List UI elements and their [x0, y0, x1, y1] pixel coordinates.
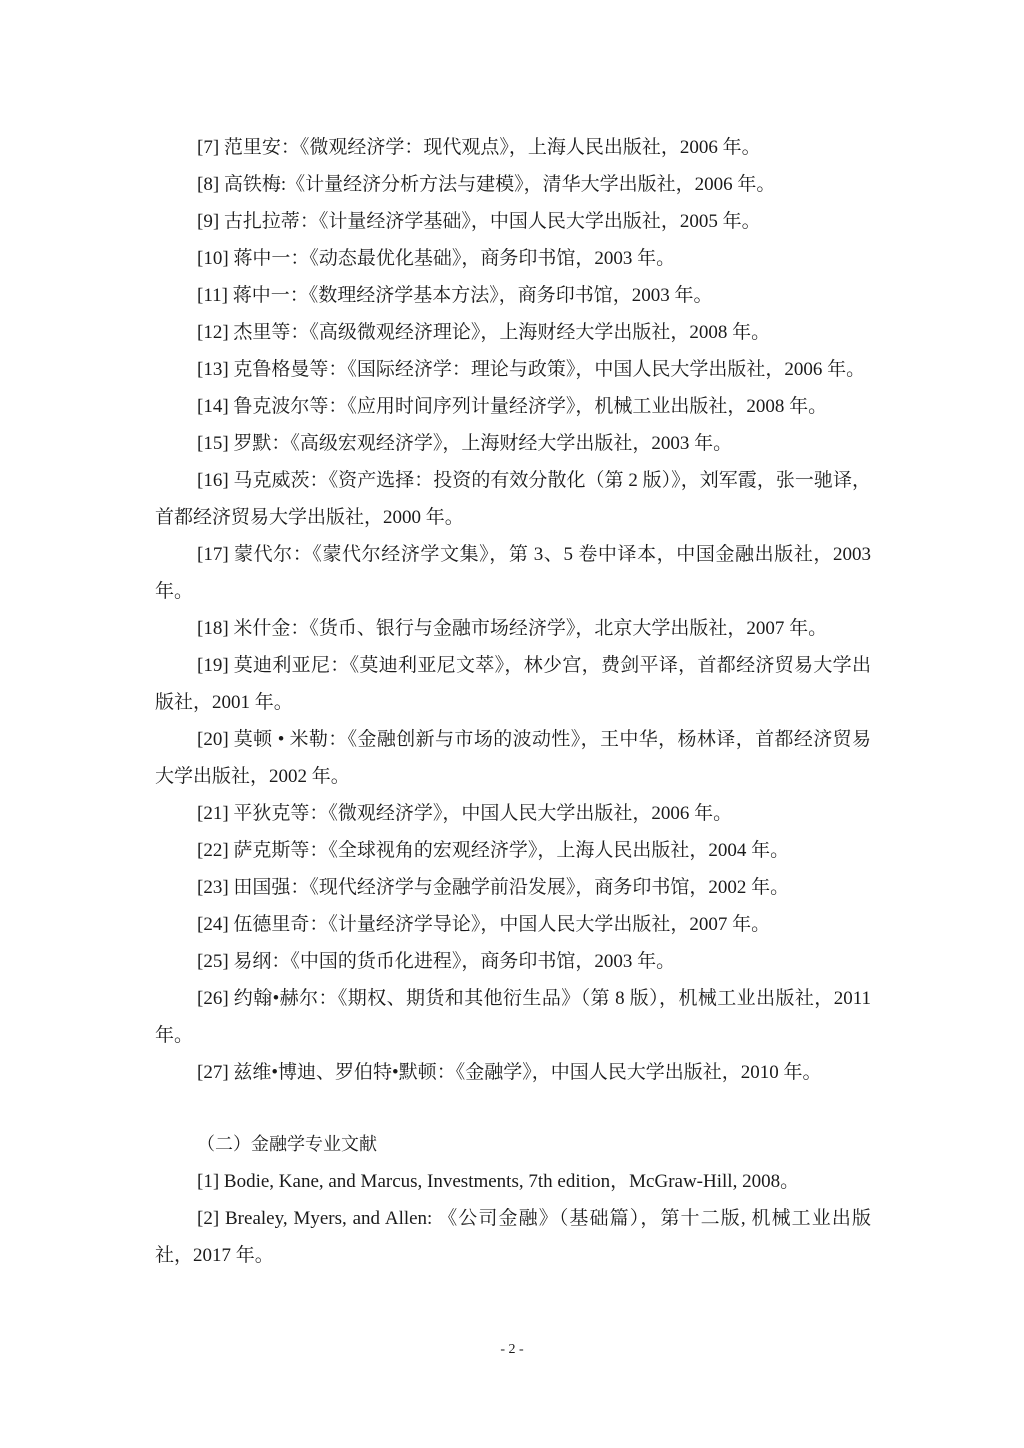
reference-entry: [25] 易纲：《中国的货币化进程》，商务印书馆，2003 年。	[155, 943, 871, 980]
reference-list-general: [7] 范里安：《微观经济学：现代观点》，上海人民出版社，2006 年。 [8]…	[155, 129, 871, 1091]
reference-entry: [23] 田国强：《现代经济学与金融学前沿发展》，商务印书馆，2002 年。	[155, 869, 871, 906]
reference-entry: [8] 高铁梅:《计量经济分析方法与建模》，清华大学出版社，2006 年。	[155, 166, 871, 203]
reference-entry: [16] 马克威茨：《资产选择：投资的有效分散化（第 2 版）》，刘军霞，张一驰…	[155, 462, 871, 536]
reference-entry: [9] 古扎拉蒂：《计量经济学基础》，中国人民大学出版社，2005 年。	[155, 203, 871, 240]
page-number: - 2 -	[0, 1342, 1024, 1358]
reference-entry: [1] Bodie, Kane, and Marcus, Investments…	[155, 1163, 871, 1200]
reference-entry: [21] 平狄克等：《微观经济学》，中国人民大学出版社，2006 年。	[155, 795, 871, 832]
reference-entry: [10] 蒋中一：《动态最优化基础》，商务印书馆，2003 年。	[155, 240, 871, 277]
reference-entry: [20] 莫顿 • 米勒：《金融创新与市场的波动性》，王中华，杨林译，首都经济贸…	[155, 721, 871, 795]
reference-entry: [7] 范里安：《微观经济学：现代观点》，上海人民出版社，2006 年。	[155, 129, 871, 166]
reference-entry: [11] 蒋中一：《数理经济学基本方法》，商务印书馆，2003 年。	[155, 277, 871, 314]
reference-list-finance: [1] Bodie, Kane, and Marcus, Investments…	[155, 1163, 871, 1274]
document-page: [7] 范里安：《微观经济学：现代观点》，上海人民出版社，2006 年。 [8]…	[155, 129, 871, 1274]
reference-entry: [12] 杰里等：《高级微观经济理论》，上海财经大学出版社，2008 年。	[155, 314, 871, 351]
reference-entry: [19] 莫迪利亚尼：《莫迪利亚尼文萃》，林少宫，费剑平译，首都经济贸易大学出版…	[155, 647, 871, 721]
section-heading: （二）金融学专业文献	[155, 1126, 871, 1163]
reference-entry: [24] 伍德里奇：《计量经济学导论》，中国人民大学出版社，2007 年。	[155, 906, 871, 943]
reference-entry: [18] 米什金：《货币、银行与金融市场经济学》，北京大学出版社，2007 年。	[155, 610, 871, 647]
reference-entry: [17] 蒙代尔：《蒙代尔经济学文集》，第 3、5 卷中译本，中国金融出版社，2…	[155, 536, 871, 610]
reference-entry: [13] 克鲁格曼等：《国际经济学：理论与政策》，中国人民大学出版社，2006 …	[155, 351, 871, 388]
reference-entry: [22] 萨克斯等：《全球视角的宏观经济学》，上海人民出版社，2004 年。	[155, 832, 871, 869]
reference-entry: [14] 鲁克波尔等：《应用时间序列计量经济学》，机械工业出版社，2008 年。	[155, 388, 871, 425]
reference-entry: [26] 约翰•赫尔：《期权、期货和其他衍生品》（第 8 版），机械工业出版社，…	[155, 980, 871, 1054]
reference-entry: [15] 罗默：《高级宏观经济学》，上海财经大学出版社，2003 年。	[155, 425, 871, 462]
reference-entry: [27] 兹维•博迪、罗伯特•默顿：《金融学》，中国人民大学出版社，2010 年…	[155, 1054, 871, 1091]
reference-entry: [2] Brealey, Myers, and Allen: 《公司金融》（基础…	[155, 1200, 871, 1274]
